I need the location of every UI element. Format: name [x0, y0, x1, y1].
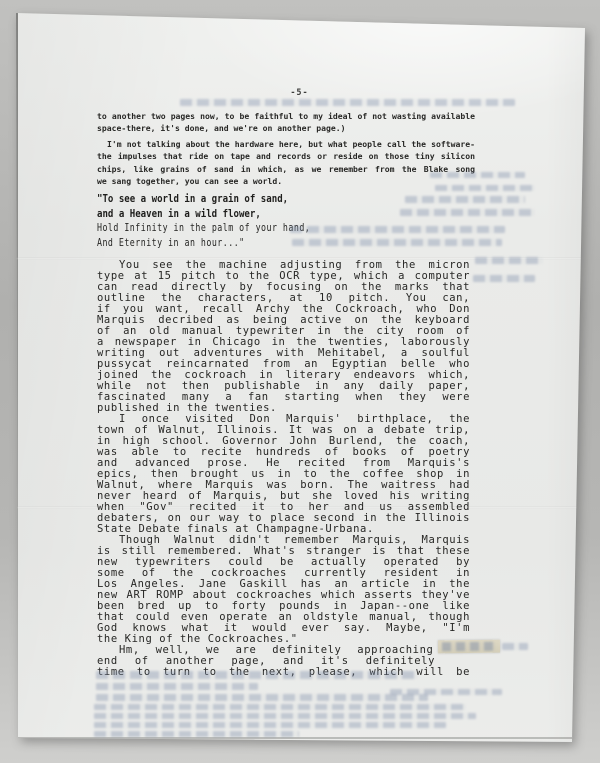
- bleedthrough-smudge: [473, 275, 535, 282]
- typed-line: "To see a world in a grain of sand,: [97, 192, 288, 205]
- paper-left-edge: [16, 13, 18, 739]
- paragraph: Though Walnut didn't remember Marquis, M…: [97, 535, 470, 645]
- bleedthrough-smudge: [390, 689, 502, 695]
- bleedthrough-smudge: [94, 704, 466, 710]
- page-number: -5-: [112, 88, 487, 98]
- bleedthrough-smudge: [502, 643, 528, 650]
- bleedthrough-smudge: [405, 196, 525, 203]
- bleedthrough-smudge: [475, 257, 543, 264]
- typed-line: we sang together, you can see a world.: [97, 175, 475, 187]
- typed-line: the impulses that ride on tape and recor…: [97, 150, 475, 162]
- paragraph: to another two pages now, to be faithful…: [97, 110, 475, 135]
- paper-shadow: -5- to another two pages now, to be fait…: [0, 0, 600, 763]
- paper-bottom-edge: [18, 737, 572, 739]
- typed-line: And Eternity in an hour...": [97, 238, 245, 250]
- body-ocr-type: You see the machine adjusting from the m…: [97, 260, 470, 678]
- typed-line: to another two pages now, to be faithful…: [97, 110, 475, 122]
- bleedthrough-smudge: [290, 226, 505, 233]
- intro-micron-type: to another two pages now, to be faithful…: [97, 110, 475, 187]
- bleedthrough-smudge: [96, 694, 428, 701]
- typed-line: chips, like grains of sand in which, as …: [97, 163, 475, 175]
- typed-line: I'm not talking about the hardware here,…: [97, 138, 475, 150]
- letter-page: -5- to another two pages now, to be fait…: [0, 0, 600, 763]
- bleedthrough-smudge: [94, 722, 446, 728]
- paragraph: I once visited Don Marquis' birthplace, …: [97, 414, 470, 535]
- bleedthrough-smudge: [94, 713, 476, 719]
- bleedthrough-smudge: [400, 209, 535, 216]
- bleedthrough-smudge: [430, 172, 525, 178]
- typed-line: and a Heaven in a wild flower,: [97, 207, 261, 220]
- photo-background: { "document": { "page_number": "-5-", "i…: [0, 0, 600, 763]
- typed-line: Hold Infinity in the palm of your hand,: [97, 223, 310, 235]
- bleedthrough-smudge: [96, 683, 258, 690]
- bleedthrough-smudge: [435, 185, 535, 191]
- bleedthrough-smudge: [180, 99, 515, 106]
- paragraph: I'm not talking about the hardware here,…: [97, 138, 475, 188]
- paragraph: You see the machine adjusting from the m…: [97, 260, 470, 414]
- bleedthrough-smudge: [292, 239, 502, 246]
- bleedthrough-smudge: [96, 671, 418, 679]
- typed-line: space-there, it's done, and we're on ano…: [97, 122, 475, 134]
- correction-tape-patch: [438, 640, 500, 654]
- bleedthrough-smudge: [94, 731, 299, 737]
